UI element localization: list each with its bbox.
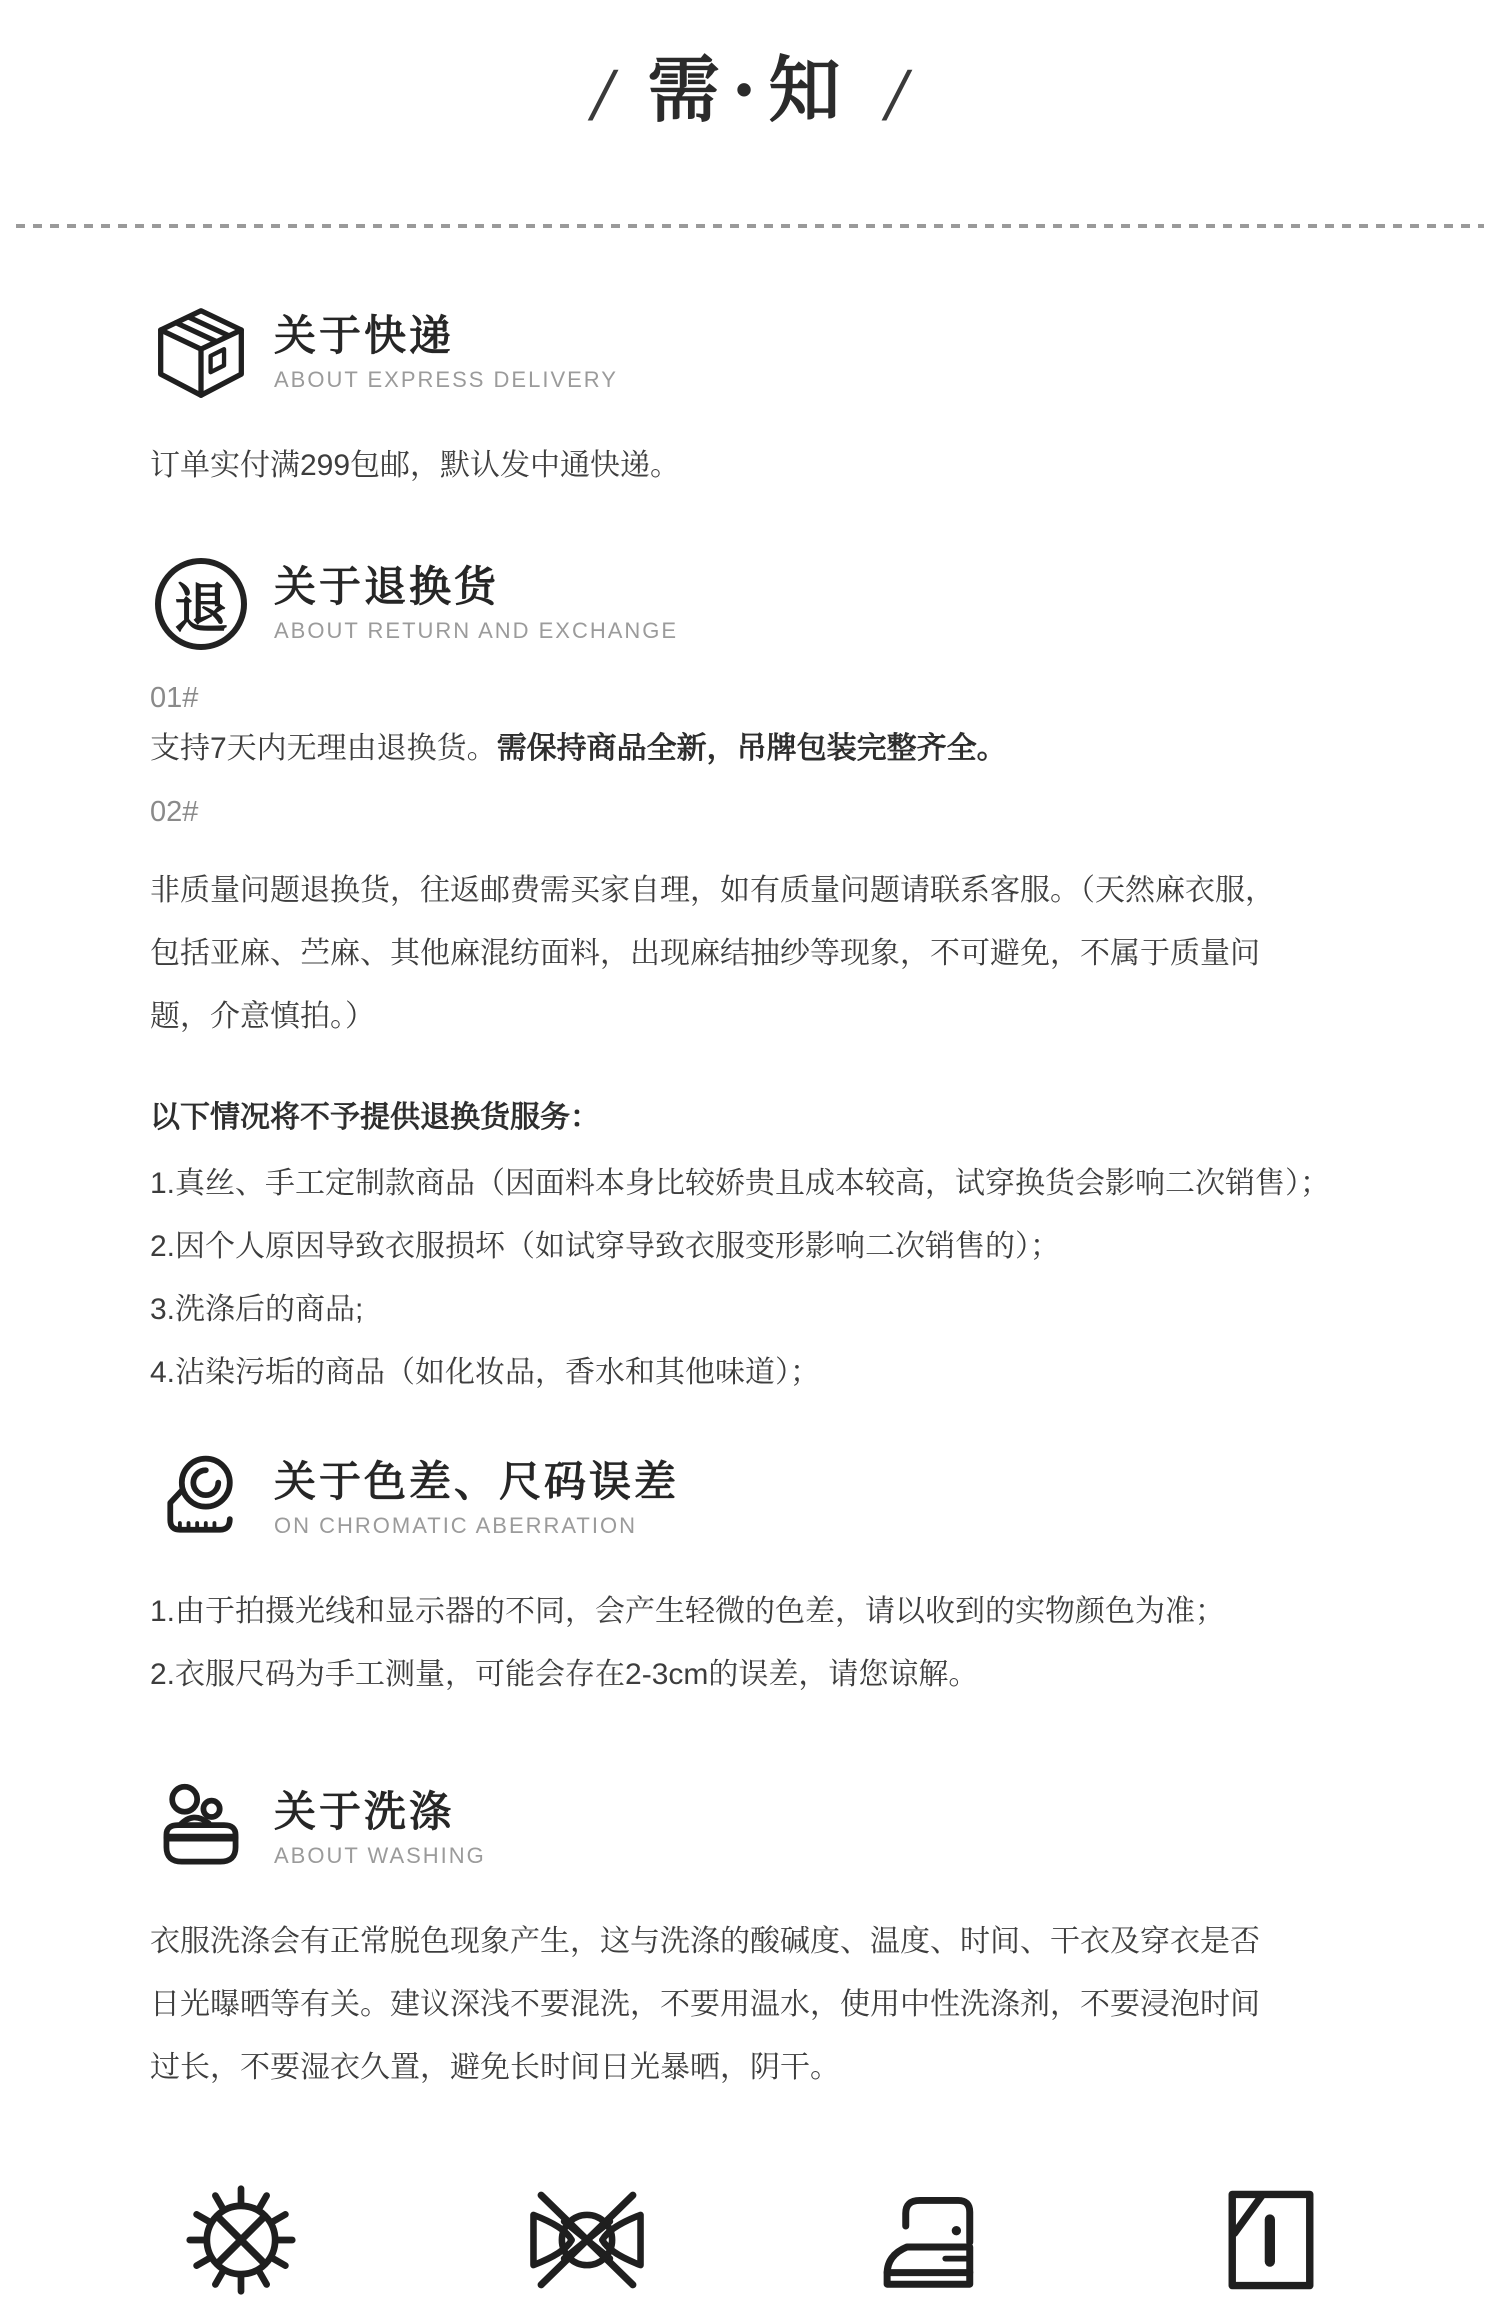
- washing-paragraph: 衣服洗涤会有正常脱色现象产生，这与洗涤的酸碱度、温度、时间、干衣及穿衣是否 日光…: [150, 1910, 1430, 2099]
- measuring-tape-icon: [150, 1448, 252, 1550]
- list-item: 1.由于拍摄光线和显示器的不同，会产生轻微的色差，请以收到的实物颜色为准；: [150, 1580, 1430, 1643]
- list-item: 2.衣服尺码为手工测量，可能会存在2-3cm的误差，请您谅解。: [150, 1643, 1430, 1706]
- point1-text-normal: 支持7天内无理由退换货。: [150, 732, 497, 765]
- paragraph-line: 日光曝晒等有关。建议深浅不要混洗，不要用温水，使用中性洗涤剂，不要浸泡时间: [150, 1973, 1430, 2036]
- section-subtitle: ABOUT RETURN AND EXCHANGE: [274, 618, 678, 644]
- section-subtitle: ABOUT EXPRESS DELIVERY: [274, 367, 618, 393]
- section-washing-heading: 关于洗涤 ABOUT WASHING: [274, 1789, 486, 1869]
- list-item: 4.沾染污垢的商品（如化妆品，香水和其他味道）；: [150, 1341, 1430, 1404]
- title-slash-left: /: [593, 57, 614, 130]
- section-returns-heading: 关于退换货 ABOUT RETURN AND EXCHANGE: [274, 564, 678, 644]
- section-title: 关于洗涤: [274, 1789, 486, 1835]
- point1-label: 01#: [150, 681, 1430, 715]
- return-circle-icon: 退: [150, 553, 252, 655]
- no-sun-drying-icon: [180, 2179, 302, 2301]
- section-title: 关于色差、尺码误差: [274, 1459, 679, 1505]
- section-washing-header: 关于洗涤 ABOUT WASHING: [150, 1778, 1430, 1880]
- point2-label: 02#: [150, 795, 1430, 829]
- paragraph-line: 过长，不要湿衣久置，避免长时间日光暴晒，阴干。: [150, 2036, 1430, 2099]
- title-slash-right: /: [887, 57, 908, 130]
- no-wringing-icon: [516, 2185, 658, 2295]
- ironing-icon: [872, 2181, 1000, 2299]
- point2-paragraph: 非质量问题退换货，往返邮费需买家自理，如有质量问题请联系客服。（天然麻衣服， 包…: [150, 859, 1430, 1048]
- page-title-text: 需·知: [647, 47, 852, 132]
- care-symbols-row: [0, 2177, 1500, 2303]
- section-title: 关于退换货: [274, 564, 678, 610]
- return-icon-char: 退: [174, 566, 228, 643]
- list-item: 2.因个人原因导致衣服损坏（如试穿导致衣服变形影响二次销售的）；: [150, 1215, 1430, 1278]
- page-title: /需·知/: [0, 40, 1500, 140]
- no-service-list: 1.真丝、手工定制款商品（因面料本身比较娇贵且成本较高，试穿换货会影响二次销售）…: [150, 1152, 1430, 1404]
- paragraph-line: 题，介意慎拍。）: [150, 985, 1430, 1048]
- shade-hang-dry-icon: [1214, 2181, 1328, 2299]
- section-colorsize-header: 关于色差、尺码误差 ON CHROMATIC ABERRATION: [150, 1448, 1430, 1550]
- section-colorsize-heading: 关于色差、尺码误差 ON CHROMATIC ABERRATION: [274, 1459, 679, 1539]
- package-box-icon: [150, 302, 252, 404]
- content-area: 关于快递 ABOUT EXPRESS DELIVERY 订单实付满299包邮，默…: [0, 302, 1500, 2099]
- paragraph-line: 包括亚麻、苎麻、其他麻混纺面料，出现麻结抽纱等现象，不可避免，不属于质量问: [150, 922, 1430, 985]
- section-subtitle: ON CHROMATIC ABERRATION: [274, 1513, 679, 1539]
- point1-text: 支持7天内无理由退换货。需保持商品全新，吊牌包装完整齐全。: [150, 729, 1430, 769]
- list-item: 3.洗涤后的商品;: [150, 1278, 1430, 1341]
- section-express-heading: 关于快递 ABOUT EXPRESS DELIVERY: [274, 313, 618, 393]
- section-title: 关于快递: [274, 313, 618, 359]
- colorsize-list: 1.由于拍摄光线和显示器的不同，会产生轻微的色差，请以收到的实物颜色为准； 2.…: [150, 1580, 1430, 1706]
- section-returns-header: 退 关于退换货 ABOUT RETURN AND EXCHANGE: [150, 553, 1430, 655]
- paragraph-line: 非质量问题退换货，往返邮费需买家自理，如有质量问题请联系客服。（天然麻衣服，: [150, 859, 1430, 922]
- list-item: 1.真丝、手工定制款商品（因面料本身比较娇贵且成本较高，试穿换货会影响二次销售）…: [150, 1152, 1430, 1215]
- wash-basin-icon: [150, 1778, 252, 1880]
- point1-text-bold: 需保持商品全新，吊牌包装完整齐全。: [497, 732, 1007, 765]
- paragraph-line: 衣服洗涤会有正常脱色现象产生，这与洗涤的酸碱度、温度、时间、干衣及穿衣是否: [150, 1910, 1430, 1973]
- section-express-header: 关于快递 ABOUT EXPRESS DELIVERY: [150, 302, 1430, 404]
- dashed-divider: [16, 224, 1484, 228]
- section-subtitle: ABOUT WASHING: [274, 1843, 486, 1869]
- express-body: 订单实付满299包邮，默认发中通快递。: [150, 434, 1430, 497]
- no-service-title: 以下情况将不予提供退换货服务：: [150, 1098, 1430, 1138]
